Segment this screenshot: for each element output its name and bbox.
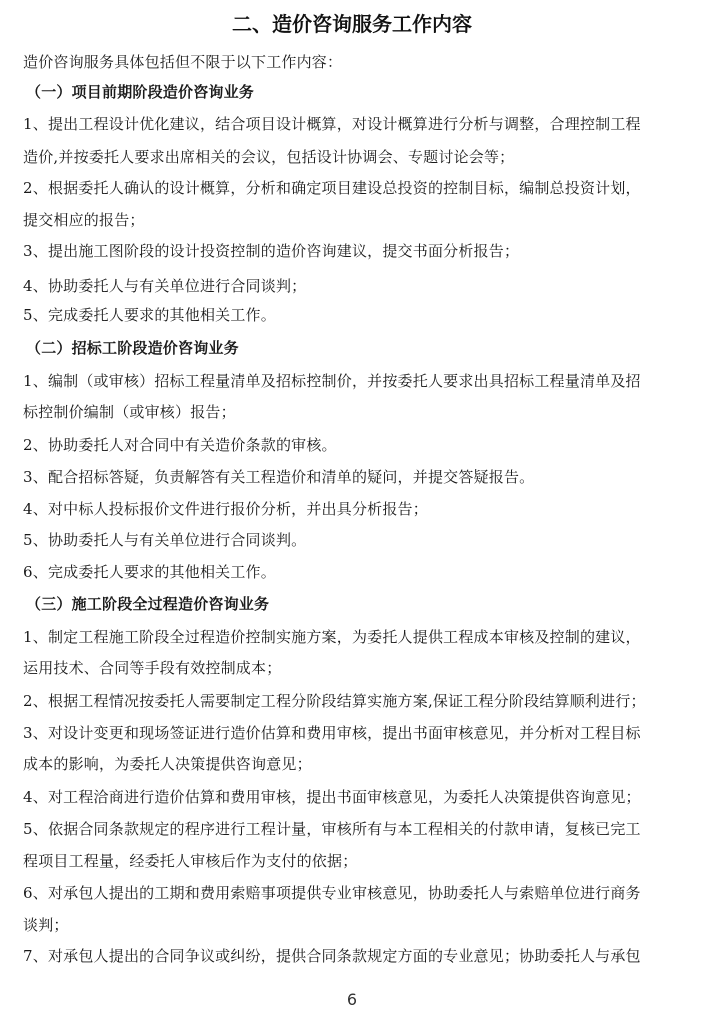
- paragraph-line: 6、完成委托人要求的其他相关工作。: [23, 562, 276, 582]
- paragraph-line: 运用技术、合同等手段有效控制成本；: [23, 658, 281, 678]
- paragraph-line: 2、根据工程情况按委托人需要制定工程分阶段结算实施方案,保证工程分阶段结算顺利进…: [23, 691, 646, 711]
- paragraph-line: 1、提出工程设计优化建议，结合项目设计概算，对设计概算进行分析与调整，合理控制工…: [23, 114, 641, 134]
- paragraph-line: 程项目工程量，经委托人审核后作为支付的依据；: [23, 851, 357, 871]
- paragraph-line: 4、对工程洽商进行造价估算和费用审核，提出书面审核意见，为委托人决策提供咨询意见…: [23, 787, 641, 807]
- paragraph-line: 成本的影响，为委托人决策提供咨询意见；: [23, 754, 312, 774]
- paragraph-line: 谈判；: [23, 915, 69, 935]
- paragraph-line: 4、对中标人投标报价文件进行报价分析，并出具分析报告；: [23, 499, 428, 519]
- paragraph-line: 标控制价编制（或审核）报告；: [23, 402, 236, 422]
- paragraph-line: 3、配合招标答疑，负责解答有关工程造价和清单的疑问，并提交答疑报告。: [23, 467, 534, 487]
- intro-text: 造价咨询服务具体包括但不限于以下工作内容：: [23, 52, 342, 72]
- paragraph-line: 6、对承包人提出的工期和费用索赔事项提供专业审核意见，协助委托人与索赔单位进行商…: [23, 883, 641, 903]
- paragraph-line: 1、编制（或审核）招标工程量清单及招标控制价，并按委托人要求出具招标工程量清单及…: [23, 371, 641, 391]
- paragraph-line: 5、依据合同条款规定的程序进行工程计量，审核所有与本工程相关的付款申请，复核已完…: [23, 819, 641, 839]
- section-heading-3: （三）施工阶段全过程造价咨询业务: [26, 594, 269, 614]
- paragraph-line: 2、协助委托人对合同中有关造价条款的审核。: [23, 435, 337, 455]
- paragraph-line: 提交相应的报告；: [23, 210, 145, 230]
- paragraph-line: 造价,并按委托人要求出席相关的会议，包括设计协调会、专题讨论会等；: [23, 147, 514, 167]
- paragraph-line: 3、对设计变更和现场签证进行造价估算和费用审核，提出书面审核意见，并分析对工程目…: [23, 723, 641, 743]
- page-title: 二、造价咨询服务工作内容: [0, 10, 704, 38]
- section-heading-2: （二）招标工阶段造价咨询业务: [26, 338, 239, 358]
- page-number: 6: [0, 990, 704, 1009]
- paragraph-line: 5、完成委托人要求的其他相关工作。: [23, 305, 276, 325]
- paragraph-line: 2、根据委托人确认的设计概算，分析和确定项目建设总投资的控制目标，编制总投资计划…: [23, 178, 641, 198]
- paragraph-line: 4、协助委托人与有关单位进行合同谈判；: [23, 276, 306, 296]
- paragraph-line: 7、对承包人提出的合同争议或纠纷，提供合同条款规定方面的专业意见；协助委托人与承…: [23, 946, 641, 966]
- paragraph-line: 3、提出施工图阶段的设计投资控制的造价咨询建议，提交书面分析报告；: [23, 241, 519, 261]
- paragraph-line: 5、协助委托人与有关单位进行合同谈判。: [23, 530, 306, 550]
- section-heading-1: （一）项目前期阶段造价咨询业务: [26, 82, 254, 102]
- paragraph-line: 1、制定工程施工阶段全过程造价控制实施方案，为委托人提供工程成本审核及控制的建议…: [23, 627, 641, 647]
